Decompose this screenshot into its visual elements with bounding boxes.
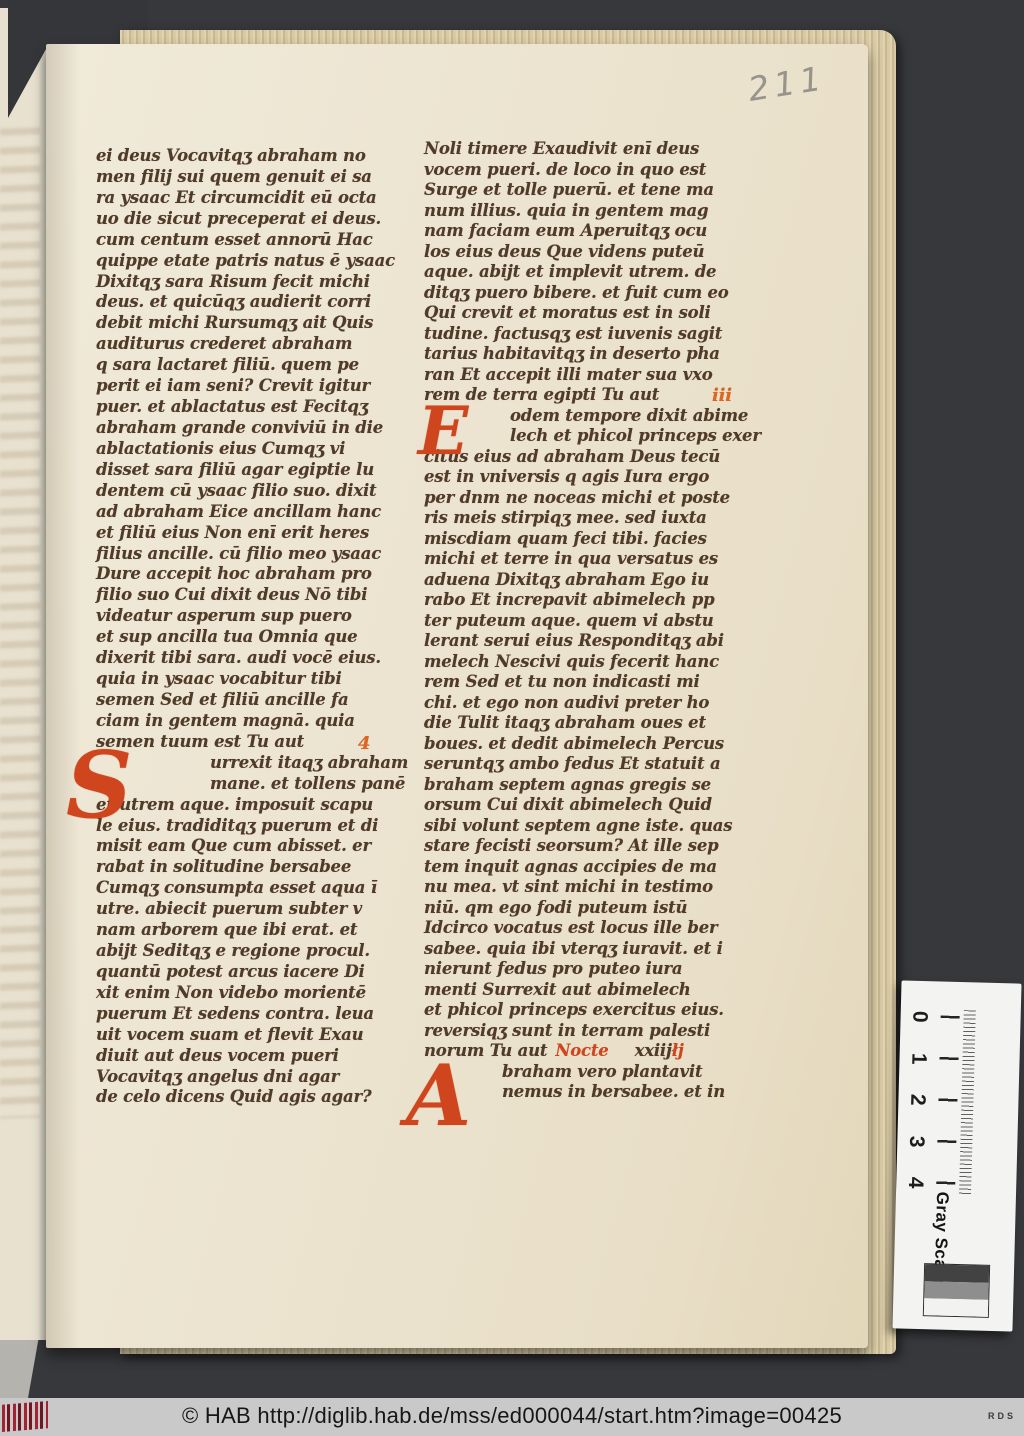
manuscript-line: de celo dicens Quid agis agar? [96, 1087, 396, 1108]
manuscript-line: aque. abijt et implevit utrem. de [424, 262, 754, 283]
ruler-number: 2 [896, 1086, 938, 1113]
manuscript-line: abraham grande conviviū in die [96, 418, 396, 439]
right-lines-upper: Noli timere Exaudivit enī deusvocem puer… [424, 139, 754, 406]
manuscript-line: niū. qm ego fodi puteum istū [424, 898, 754, 919]
manuscript-line: deus. et quicūqʒ audierit corri [96, 292, 396, 313]
illuminated-initial-a: A [406, 1054, 471, 1138]
manuscript-line: Vocavitqʒ angelus dni agar [96, 1067, 396, 1088]
manuscript-line: rem de terra egipti Tu aut [424, 385, 754, 406]
manuscript-line: nam faciam eum Aperuitqʒ ocu [424, 221, 754, 242]
showthrough-text [0, 127, 40, 1118]
manuscript-line: semen Sed et filiū ancille fa [96, 690, 396, 711]
manuscript-line: Idcirco vocatus est locus ille ber [424, 918, 754, 939]
manuscript-line: odem tempore dixit abime [424, 406, 754, 427]
manuscript-line: est in vniversis q agis Iura ergo [424, 467, 754, 488]
manuscript-line: ad abraham Eice ancillam hanc [96, 502, 396, 523]
manuscript-line: Noli timere Exaudivit enī deus [424, 139, 754, 160]
swatch-light [924, 1298, 988, 1317]
ruler-number: 1 [897, 1045, 939, 1072]
left-lines-lower: et utrem aque. imposuit scapule eius. tr… [96, 795, 396, 1109]
text-column-right: Noli timere Exaudivit enī deusvocem puer… [424, 139, 754, 1103]
swatch-mid [924, 1281, 988, 1300]
manuscript-line: menti Surrexit aut abimelech [424, 980, 754, 1001]
footer-bar: © HAB http://diglib.hab.de/mss/ed000044/… [0, 1398, 1024, 1436]
manuscript-line: misit eam Que cum abisset. er [96, 836, 396, 857]
swatch-dark [925, 1264, 989, 1283]
marginal-chapter-number-right: iii [712, 386, 732, 407]
manuscript-line: cum centum esset annorū Hac [96, 230, 396, 251]
manuscript-line: q sara lactaret filiū. quem pe [96, 355, 396, 376]
manuscript-line: mane. et tollens panē [96, 774, 396, 795]
manuscript-line: semen tuum est Tu aut [96, 732, 396, 753]
manuscript-line: tem inquit agnas accipies de ma [424, 857, 754, 878]
manuscript-line: aduena Dixitqʒ abraham Ego iu [424, 570, 754, 591]
manuscript-line: per dnm ne noceas michi et poste [424, 488, 754, 509]
grayscale-swatches [923, 1263, 990, 1318]
right-initial2-lines: braham vero plantavitnemus in bersabee. … [424, 1062, 754, 1103]
manuscript-line: debit michi Rursumqʒ ait Quis [96, 313, 396, 334]
manuscript-line: rem Sed et tu non indicasti mi [424, 672, 754, 693]
manuscript-line: ter puteum aque. quem vi abstu [424, 611, 754, 632]
right-lines-middle: citus eius ad abraham Deus tecūest in vn… [424, 447, 754, 1042]
page-gutter-shadow [46, 44, 80, 1348]
manuscript-line: ciam in gentem magnā. quia [96, 711, 396, 732]
manuscript-line: filius ancille. cū filio meo ysaac [96, 544, 396, 565]
ruler-number: 3 [895, 1128, 937, 1155]
manuscript-line: quia in ysaac vocabitur tibi [96, 669, 396, 690]
manuscript-line: nemus in bersabee. et in [424, 1082, 754, 1103]
manuscript-line: reversiqʒ sunt in terram palesti [424, 1021, 754, 1042]
manuscript-line: lech et phicol princeps exer [424, 426, 754, 447]
manuscript-line: seruntqʒ ambo fedus Et statuit a [424, 754, 754, 775]
manuscript-line: quantū potest arcus iacere Di [96, 962, 396, 983]
right-initial-lines: odem tempore dixit abimelech et phicol p… [424, 406, 754, 447]
manuscript-line: Dixitqʒ sara Risum fecit michi [96, 272, 396, 293]
grayscale-card: 01234 Gray Scale [892, 980, 1021, 1331]
manuscript-line: et phicol princeps exercitus eius. [424, 1000, 754, 1021]
text-column-left: ei deus Vocavitqʒ abraham nomen filij su… [96, 146, 396, 1108]
manuscript-line: tudine. factusqʒ est iuvenis sagit [424, 324, 754, 345]
illuminated-initial-s: S [66, 739, 132, 831]
manuscript-line: braham vero plantavit [424, 1062, 754, 1083]
manuscript-line: ablactationis eius Cumqʒ vi [96, 439, 396, 460]
manuscript-line: puer. et ablactatus est Fecitqʒ [96, 397, 396, 418]
manuscript-line: vocem pueri. de loco in quo est [424, 160, 754, 181]
manuscript-line: Dure accepit hoc abraham pro [96, 564, 396, 585]
manuscript-line: Surge et tolle puerū. et tene ma [424, 180, 754, 201]
manuscript-line: uit vocem suam et flevit Exau [96, 1025, 396, 1046]
initial-block-eodem: E odem tempore dixit abimelech et phicol… [424, 406, 754, 447]
photo-background: 211 ei deus Vocavitqʒ abraham nomen fili… [0, 0, 1024, 1398]
illuminated-initial-e: E [418, 398, 468, 464]
manuscript-line: xit enim Non videbo morientē [96, 983, 396, 1004]
manuscript-line: ran Et accepit illi mater sua vxo [424, 365, 754, 386]
manuscript-line: nu mea. vt sint michi in testimo [424, 877, 754, 898]
left-initial-lines: urrexit itaqʒ abrahammane. et tollens pa… [96, 753, 396, 795]
manuscript-line: abijt Seditqʒ e regione procul. [96, 941, 396, 962]
manuscript-line: los eius deus Que videns puteū [424, 242, 754, 263]
manuscript-line: et utrem aque. imposuit scapu [96, 795, 396, 816]
manuscript-line: rabo Et increpavit abimelech pp [424, 590, 754, 611]
manuscript-line: auditurus crederet abraham [96, 334, 396, 355]
manuscript-line: ditqʒ puero bibere. et fuit cum eo [424, 283, 754, 304]
facing-page-edge [0, 8, 46, 1340]
manuscript-line: quippe etate patris natus ē ysaac [96, 251, 396, 272]
manuscript-line: sibi volunt septem agne iste. quas [424, 816, 754, 837]
manuscript-line: ra ysaac Et circumcidit eū octa [96, 188, 396, 209]
manuscript-line: miscdiam quam feci tibi. facies [424, 529, 754, 550]
manuscript-line: tarius habitavitqʒ in deserto pha [424, 344, 754, 365]
manuscript-line: braham septem agnas gregis se [424, 775, 754, 796]
digitized-manuscript-scan: 211 ei deus Vocavitqʒ abraham nomen fili… [0, 0, 1024, 1436]
manuscript-line: dentem cū ysaac filio suo. dixit [96, 481, 396, 502]
manuscript-line: die Tulit itaqʒ abraham oues et [424, 713, 754, 734]
rubric-line: norum Tu autNoctexxiijłj [424, 1041, 754, 1062]
rubric-nocte: Nocte [555, 1041, 608, 1060]
manuscript-line: dixerit tibi sara. audi vocē eius. [96, 648, 396, 669]
manuscript-line: utre. abiecit puerum subter v [96, 899, 396, 920]
manuscript-line: le eius. tradiditqʒ puerum et di [96, 816, 396, 837]
manuscript-line: disset sara filiū agar egiptie lu [96, 460, 396, 481]
manuscript-line: ei deus Vocavitqʒ abraham no [96, 146, 396, 167]
copyright-text: © HAB http://diglib.hab.de/mss/ed000044/… [0, 1403, 1024, 1429]
chapter-number-xxiij: xxiij [635, 1041, 672, 1060]
manuscript-line: Qui crevit et moratus est in soli [424, 303, 754, 324]
manuscript-line: rabat in solitudine bersabee [96, 857, 396, 878]
manuscript-line: puerum Et sedens contra. leua [96, 1004, 396, 1025]
manuscript-line: nierunt fedus pro puteo iura [424, 959, 754, 980]
ruler-number: 0 [899, 1003, 941, 1030]
manuscript-line: boues. et dedit abimelech Percus [424, 734, 754, 755]
manuscript-line: diuit aut deus vocem pueri [96, 1046, 396, 1067]
manuscript-line: stare fecisti seorsum? At ille sep [424, 836, 754, 857]
gutter-shading [38, 8, 46, 1340]
manuscript-line: perit ei iam seni? Crevit igitur [96, 376, 396, 397]
manuscript-line: lerant serui eius Responditqʒ abi [424, 631, 754, 652]
manuscript-line: num illius. quia in gentem mag [424, 201, 754, 222]
manuscript-line: citus eius ad abraham Deus tecū [424, 447, 754, 468]
manuscript-line: et filiū eius Non enī erit heres [96, 523, 396, 544]
initial-block-abraham: A braham vero plantavitnemus in bersabee… [424, 1062, 754, 1103]
manuscript-line: nam arborem que ibi erat. et [96, 920, 396, 941]
manuscript-line: sabee. quia ibi vterqʒ iuravit. et i [424, 939, 754, 960]
manuscript-line: uo die sicut preceperat ei deus. [96, 209, 396, 230]
manuscript-line: videatur asperum sup puero [96, 606, 396, 627]
manuscript-line: orsum Cui dixit abimelech Quid [424, 795, 754, 816]
initial-block-surrexit: S urrexit itaqʒ abrahammane. et tollens … [96, 753, 396, 795]
manuscript-line: filio suo Cui dixit deus Nō tibi [96, 585, 396, 606]
manuscript-line: ris meis stirpiqʒ mee. sed iuxta [424, 508, 754, 529]
ruler-minor-ticks [959, 1010, 976, 1194]
manuscript-line: urrexit itaqʒ abraham [96, 753, 396, 774]
ruler-major-ticks [936, 1016, 959, 1188]
manuscript-line: michi et terre in qua versatus es [424, 549, 754, 570]
manuscript-line: Cumqʒ consumpta esset aqua ī [96, 878, 396, 899]
ruler-numbers: 01234 [902, 996, 933, 1204]
manuscript-line: men filij sui quem genuit ei sa [96, 167, 396, 188]
manuscript-line: et sup ancilla tua Omnia que [96, 627, 396, 648]
rds-mark: RDS [988, 1411, 1016, 1421]
manuscript-line: chi. et ego non audivi preter ho [424, 693, 754, 714]
manuscript-line: melech Nescivi quis fecerit hanc [424, 652, 754, 673]
left-lines-upper: ei deus Vocavitqʒ abraham nomen filij su… [96, 146, 396, 753]
ruler-number: 4 [894, 1169, 936, 1196]
rubric-red-mark: łj [672, 1041, 684, 1060]
